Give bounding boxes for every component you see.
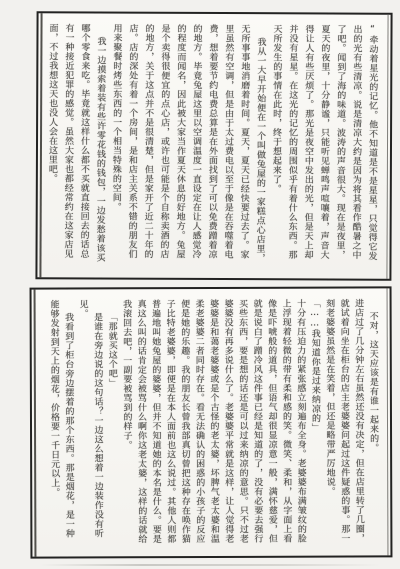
paragraph: 十分有压迫力的紧张感立刻遍布全身。老婆婆布满皱纹的脸上浮现着轻微的带有柔和感的笑… — [119, 299, 308, 547]
paragraph: 进店过了几分钟左右虽然还没有决定，但在店里转了几圈，就试着向坐在柜台的店主老婆婆… — [322, 298, 366, 545]
paragraph: 不对，这天应该是有谁一起来的。 — [365, 298, 380, 545]
scan-smudge — [40, 564, 380, 566]
dialogue-line: 「那就买这个吧」 — [104, 299, 119, 546]
paragraph: 我看到了柜台旁边摆着的那个东西。那是烟花，是一种能够发射到天上的烟花，价格要一千… — [46, 299, 76, 546]
page-2-text-block: 不对，这天应该是有谁一起来的。 进店过了几分钟左右虽然还没有决定，但在店里转了几… — [38, 290, 385, 554]
scanned-book-spread: “牵动着星光的记忆。他不知道是不是星星，只觉得它发出的光有些清凉。说是清凉大约是… — [0, 0, 400, 569]
page-1-frame: “牵动着星光的记忆。他不知道是不是星星，只觉得它发出的光有些清凉。说是清凉大约是… — [35, 11, 392, 281]
paragraph: 是谁在旁边说的这句话？一边这么想着一边装作没有听见。 — [75, 299, 105, 546]
dialogue-line: 「……我知道你是过来纳凉的」 — [307, 299, 322, 546]
paragraph: “牵动着星光的记忆。他不知道是不是星星，只觉得它发出的光有些清凉。说是清凉大约是… — [267, 24, 380, 268]
page-2-frame: 不对，这天应该是有谁一起来的。 进店过了几分钟左右虽然还没有决定，但在店里转了几… — [30, 286, 393, 558]
page-1-text-block: “牵动着星光的记忆。他不知道是不是星星，只觉得它发出的光有些清凉。说是清凉大约是… — [43, 15, 384, 276]
book-scan-photo: { "document": { "language": "zh", "layou… — [0, 0, 400, 569]
paragraph: 我一边摸索着装有些许零花钱的钱包，一边发愁着该买哪个零食来吃。毕竟就这样什么都不… — [43, 23, 108, 267]
paragraph: 我从一大早开始便在一个叫做兔屋的一家糕点心店里，无所事事地消磨着时间。夏天，夏天… — [107, 24, 268, 269]
